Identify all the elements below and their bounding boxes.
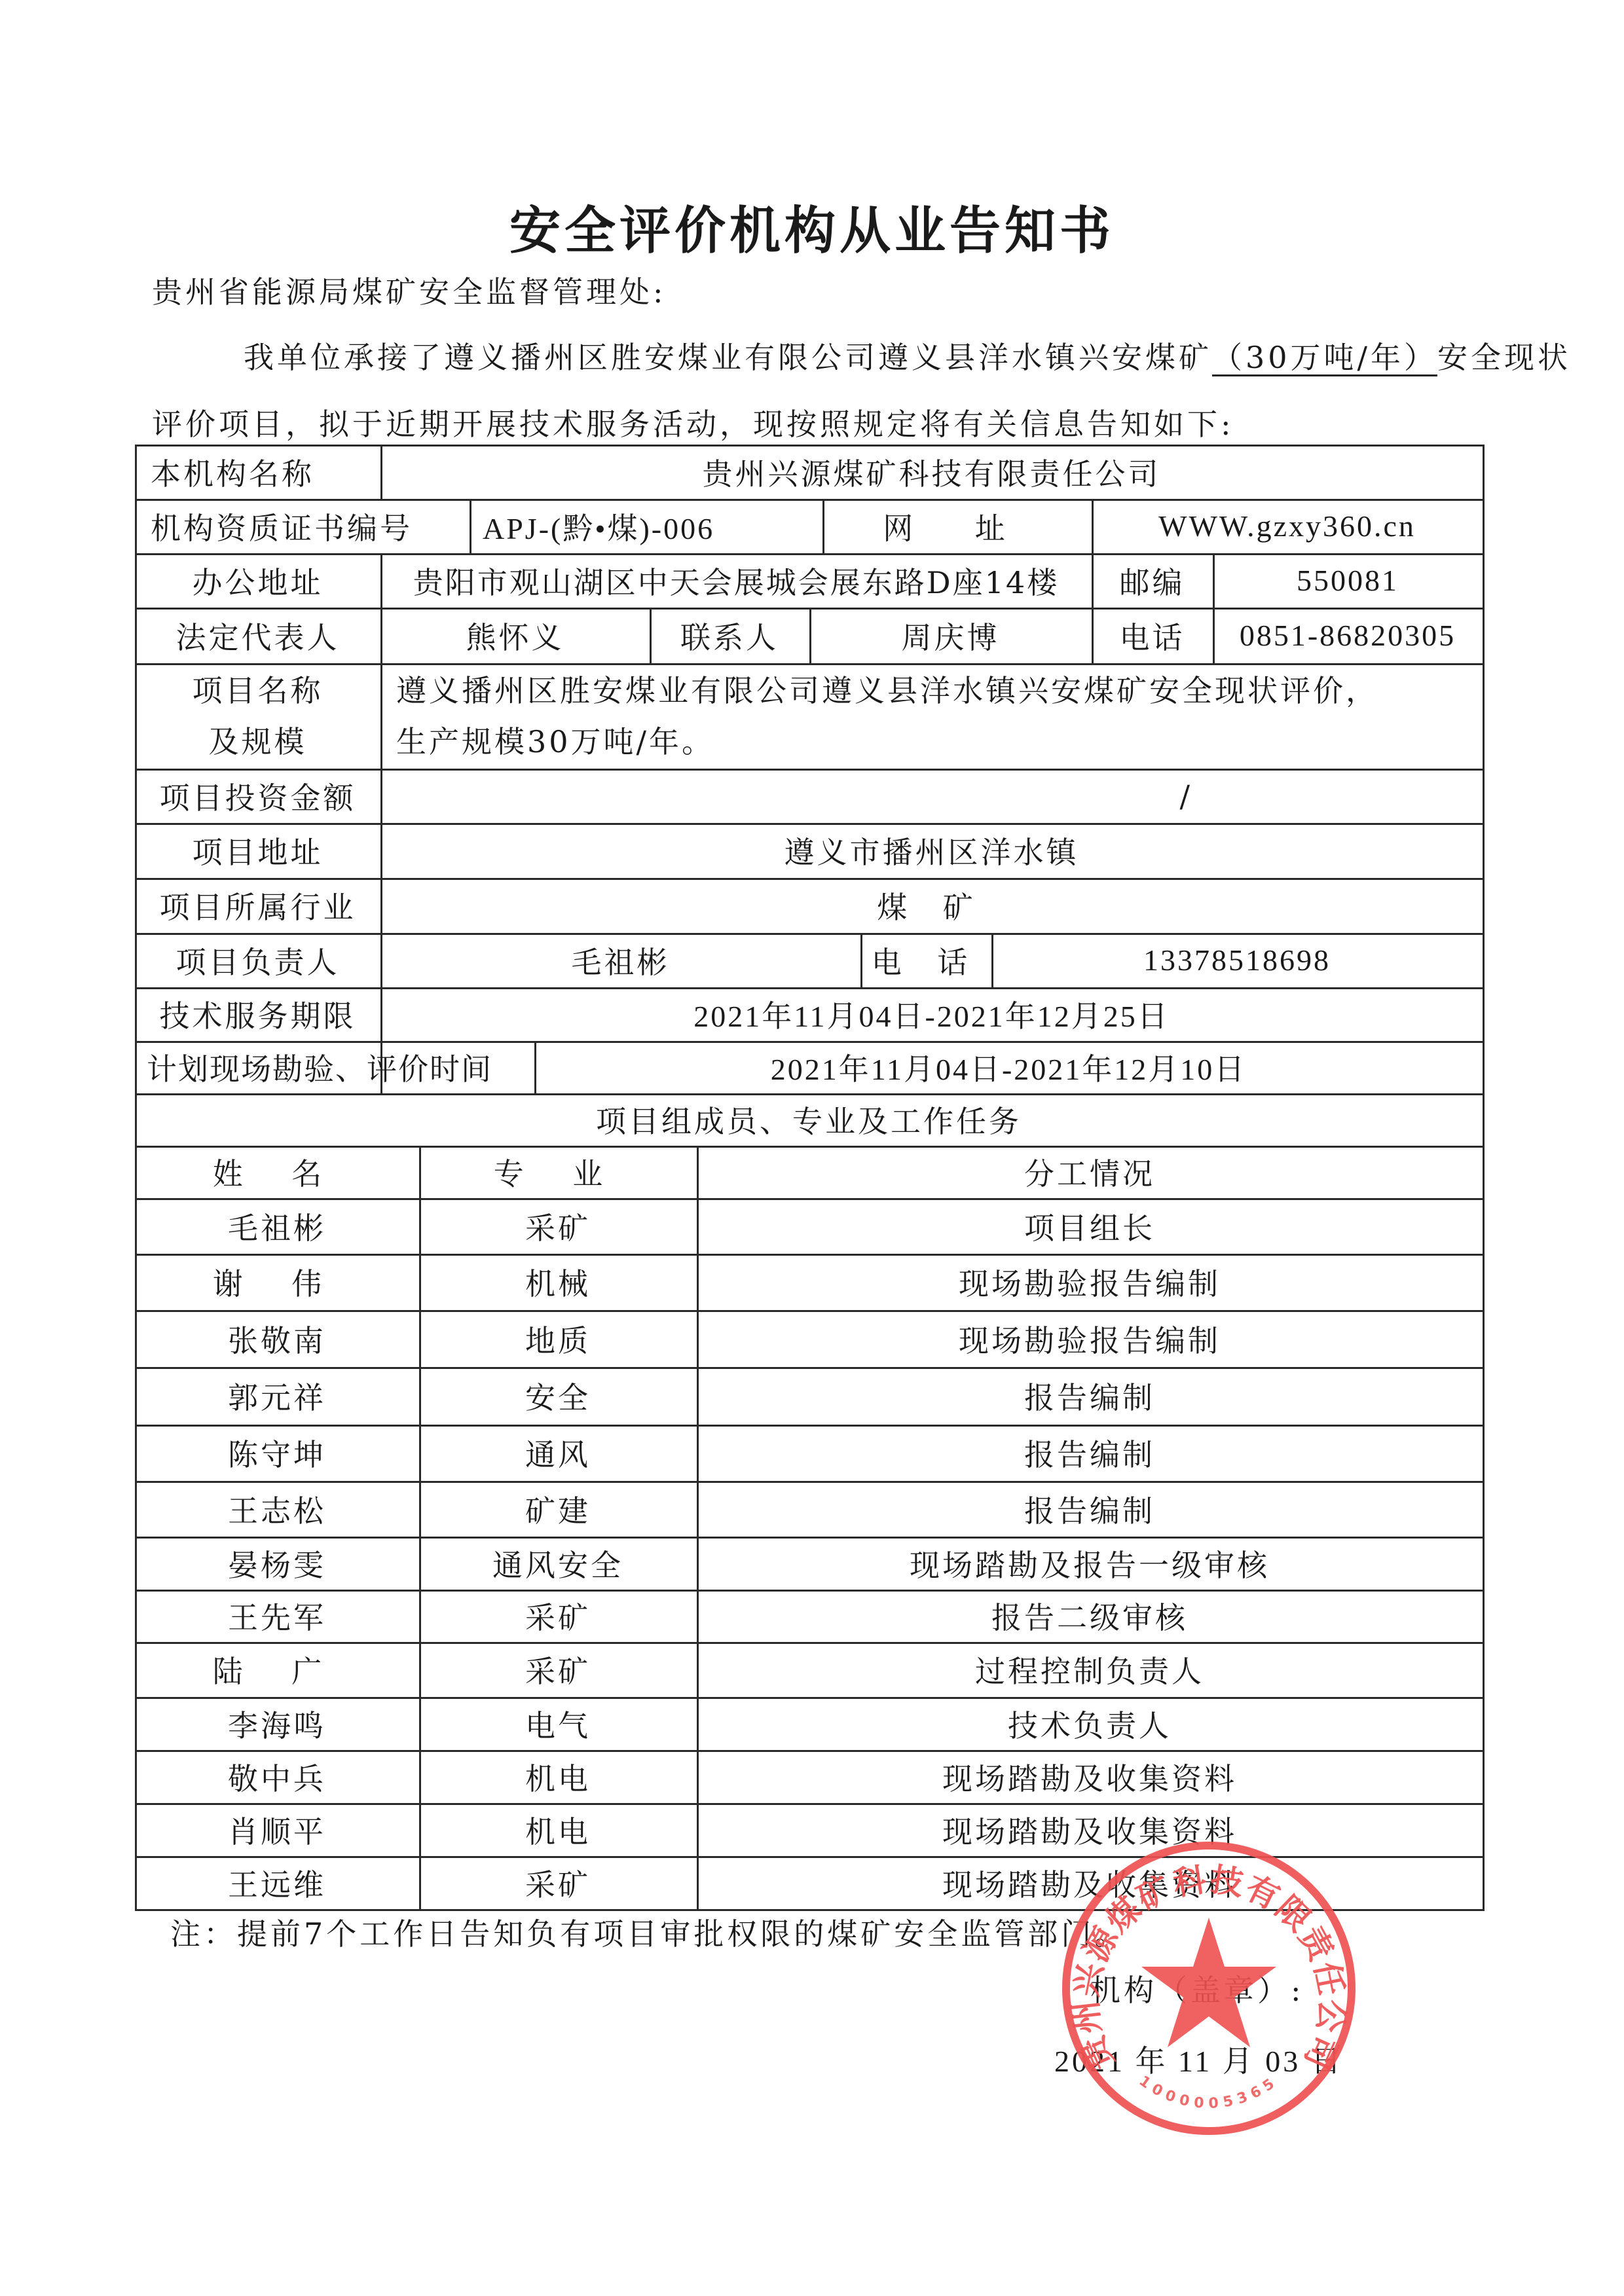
industry-value: 煤 矿 <box>380 878 1483 933</box>
service-period-label: 技术服务期限 <box>135 987 380 1041</box>
member-major: 矿建 <box>419 1481 697 1537</box>
postcode-value: 550081 <box>1213 553 1483 608</box>
service-period-value: 2021年11月04日-2021年12月25日 <box>380 987 1483 1041</box>
legal-rep-label: 法定代表人 <box>135 608 380 663</box>
project-name-label-line2: 及规模 <box>209 716 307 767</box>
member-task: 现场勘验报告编制 <box>697 1254 1483 1310</box>
phone-value: 0851-86820305 <box>1213 608 1483 663</box>
member-name: 陈守坤 <box>135 1425 419 1481</box>
member-task: 现场踏勘及报告一级审核 <box>697 1537 1483 1590</box>
intro-line-1: 我单位承接了遵义播州区胜安煤业有限公司遵义县洋水镇兴安煤矿（30万吨/年）安全现… <box>244 334 1571 377</box>
header-task: 分工情况 <box>697 1146 1483 1198</box>
survey-period-label: 计划现场勘验、评价时间 <box>135 1041 534 1093</box>
project-lead-label: 项目负责人 <box>135 933 380 987</box>
member-major: 采矿 <box>419 1590 697 1642</box>
investment-value: / <box>380 769 1206 823</box>
cert-no-label: 机构资质证书编号 <box>135 499 470 553</box>
member-task: 技术负责人 <box>697 1697 1483 1750</box>
member-major: 机电 <box>419 1750 697 1803</box>
industry-label: 项目所属行业 <box>135 878 380 933</box>
member-major: 采矿 <box>419 1856 697 1909</box>
member-major: 地质 <box>419 1310 697 1367</box>
signature-date: 2021 年 11 月 03 日 <box>1054 2037 1344 2081</box>
member-name: 王远维 <box>135 1856 419 1909</box>
website-label: 网 址 <box>822 499 1092 553</box>
project-address-value: 遵义市播州区洋水镇 <box>380 823 1483 878</box>
intro-prefix: 我单位承接了遵义播州区胜安煤业有限公司遵义县洋水镇兴安煤矿 <box>244 340 1212 375</box>
project-name-label: 项目名称 及规模 <box>135 663 380 769</box>
project-name-value: 遵义播州区胜安煤业有限公司遵义县洋水镇兴安煤矿安全现状评价， 生产规模30万吨/… <box>380 663 1483 769</box>
member-major: 采矿 <box>419 1642 697 1697</box>
intro-line-2: 评价项目，拟于近期开展技术服务活动，现按照规定将有关信息告知如下: <box>152 401 1234 444</box>
member-major: 电气 <box>419 1697 697 1750</box>
header-name: 姓 名 <box>135 1146 419 1198</box>
addressee: 贵州省能源局煤矿安全监督管理处: <box>152 268 667 312</box>
cert-no-value: APJ-(黔•煤)-006 <box>470 499 822 553</box>
office-address-label: 办公地址 <box>135 553 380 608</box>
member-task: 现场踏勘及收集资料 <box>697 1803 1483 1856</box>
website-value: WWW.gzxy360.cn <box>1092 499 1483 553</box>
phone-label: 电话 <box>1092 608 1213 663</box>
project-name-label-line1: 项目名称 <box>193 665 323 716</box>
office-address-value: 贵阳市观山湖区中天会展城会展东路D座14楼 <box>380 553 1092 608</box>
lead-phone-label: 电 话 <box>860 933 991 987</box>
org-name-value: 贵州兴源煤矿科技有限责任公司 <box>380 445 1483 499</box>
member-task: 现场勘验报告编制 <box>697 1310 1483 1367</box>
project-name-line2: 生产规模30万吨/年。 <box>396 716 714 767</box>
member-major: 机电 <box>419 1803 697 1856</box>
document-title: 安全评价机构从业告知书 <box>0 190 1624 263</box>
member-task: 报告编制 <box>697 1425 1483 1481</box>
member-name: 王志松 <box>135 1481 419 1537</box>
members-section-title: 项目组成员、专业及工作任务 <box>135 1093 1483 1146</box>
member-name: 毛祖彬 <box>135 1198 419 1254</box>
member-task: 项目组长 <box>697 1198 1483 1254</box>
intro-capacity: （30万吨/年） <box>1212 340 1437 375</box>
lead-phone-value: 13378518698 <box>991 933 1483 987</box>
member-name: 张敬南 <box>135 1310 419 1367</box>
member-task: 现场踏勘及收集资料 <box>697 1750 1483 1803</box>
contact-value: 周庆博 <box>809 608 1092 663</box>
project-address-label: 项目地址 <box>135 823 380 878</box>
member-task: 过程控制负责人 <box>697 1642 1483 1697</box>
seal-label: 机构（盖章）: <box>1090 1967 1304 2010</box>
member-name: 晏杨雯 <box>135 1537 419 1590</box>
legal-rep-value: 熊怀义 <box>380 608 650 663</box>
member-name: 肖顺平 <box>135 1803 419 1856</box>
member-name: 郭元祥 <box>135 1367 419 1425</box>
member-name: 陆 广 <box>135 1642 419 1697</box>
member-major: 通风 <box>419 1425 697 1481</box>
member-major: 通风安全 <box>419 1537 697 1590</box>
member-major: 安全 <box>419 1367 697 1425</box>
intro-suffix: 安全现状 <box>1437 340 1571 375</box>
postcode-label: 邮编 <box>1092 553 1213 608</box>
member-task: 报告二级审核 <box>697 1590 1483 1642</box>
header-major: 专 业 <box>419 1146 697 1198</box>
investment-label: 项目投资金额 <box>135 769 380 823</box>
member-task: 报告编制 <box>697 1481 1483 1537</box>
member-major: 采矿 <box>419 1198 697 1254</box>
footer-note: 注：提前7个工作日告知负有项目审批权限的煤矿安全监管部门。 <box>170 1910 1128 1954</box>
member-name: 王先军 <box>135 1590 419 1642</box>
member-major: 机械 <box>419 1254 697 1310</box>
member-task: 报告编制 <box>697 1367 1483 1425</box>
project-name-line1: 遵义播州区胜安煤业有限公司遵义县洋水镇兴安煤矿安全现状评价， <box>396 665 1378 716</box>
member-name: 谢 伟 <box>135 1254 419 1310</box>
org-name-label: 本机构名称 <box>135 445 380 499</box>
survey-period-value: 2021年11月04日-2021年12月10日 <box>534 1041 1483 1093</box>
contact-label: 联系人 <box>650 608 809 663</box>
project-lead-value: 毛祖彬 <box>380 933 860 987</box>
member-name: 敬中兵 <box>135 1750 419 1803</box>
member-name: 李海鸣 <box>135 1697 419 1750</box>
member-task: 现场踏勘及收集资料 <box>697 1856 1483 1909</box>
